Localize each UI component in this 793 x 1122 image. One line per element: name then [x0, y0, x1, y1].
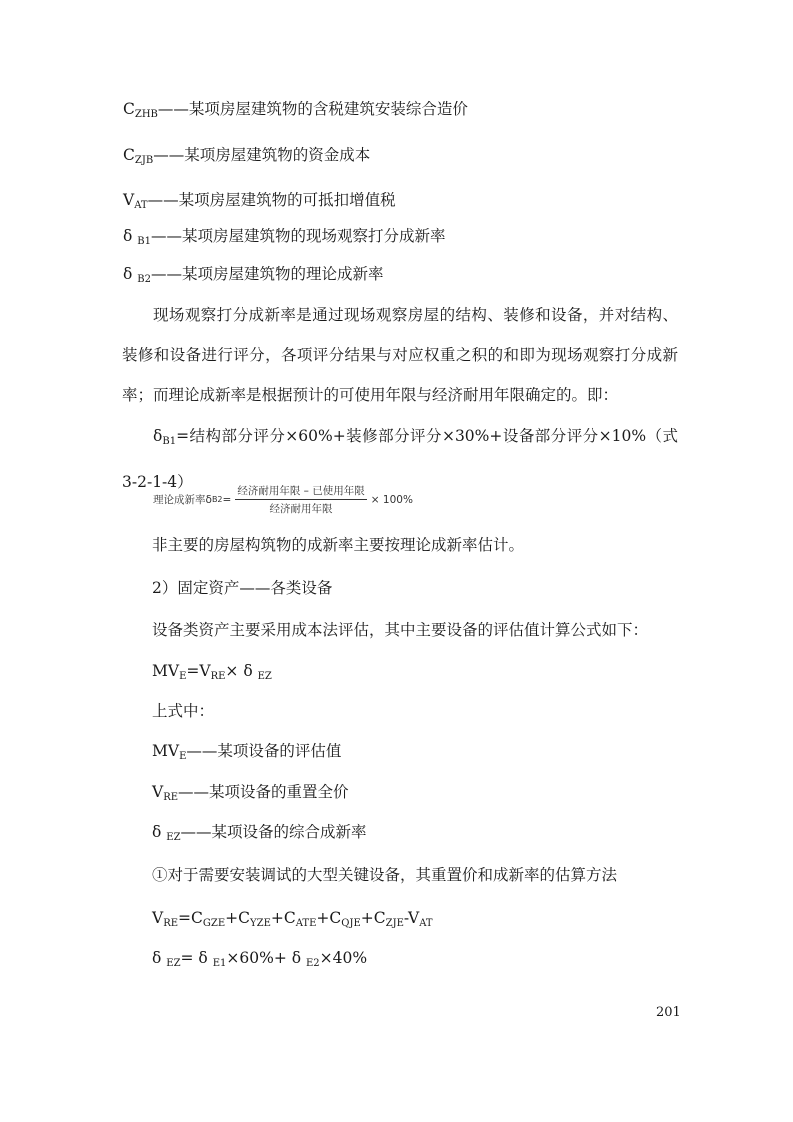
- definition-czhb: CZHB——某项房屋建筑物的含税建筑安装综合造价: [123, 99, 468, 125]
- definition-mve: MVE——某项设备的评估值: [152, 741, 341, 767]
- formula-vre: VRE=CGZE+CYZE+CATE+CQJE+CZJE-VAT: [152, 908, 433, 934]
- formula-theoretical-rate: 理论成新率δB2 = 经济耐用年限 – 已使用年限 经济耐用年限 × 100%: [153, 483, 413, 516]
- line-key-equipment: ①对于需要安装调试的大型关键设备，其重置价和成新率的估算方法: [152, 865, 617, 885]
- definition-delta-b2: δ B2——某项房屋建筑物的理论成新率: [123, 264, 384, 290]
- definition-vre: VRE——某项设备的重置全价: [152, 782, 349, 808]
- definition-vat: VAT——某项房屋建筑物的可抵扣增值税: [123, 190, 396, 216]
- fraction: 经济耐用年限 – 已使用年限 经济耐用年限: [235, 483, 366, 516]
- line-where: 上式中：: [152, 701, 214, 721]
- formula-delta-ez: δ EZ= δ E1×60%+ δ E2×40%: [152, 948, 367, 974]
- formula-mve: MVE=VRE× δ EZ: [152, 661, 272, 687]
- definition-delta-b1: δ B1——某项房屋建筑物的现场观察打分成新率: [123, 226, 446, 252]
- definition-czjb: CZJB——某项房屋建筑物的资金成本: [123, 145, 370, 171]
- line-nonmain: 非主要的房屋构筑物的成新率主要按理论成新率估计。: [152, 535, 524, 555]
- heading-equipment: 2）固定资产——各类设备: [152, 578, 332, 598]
- paragraph-observation-rate: 现场观察打分成新率是通过现场观察房屋的结构、装修和设备，并对结构、装修和设备进行…: [122, 295, 678, 415]
- page-number: 201: [656, 1005, 681, 1020]
- line-method: 设备类资产主要采用成本法评估，其中主要设备的评估值计算公式如下：: [152, 620, 648, 640]
- definition-delta-ez: δ EZ——某项设备的综合成新率: [152, 822, 367, 848]
